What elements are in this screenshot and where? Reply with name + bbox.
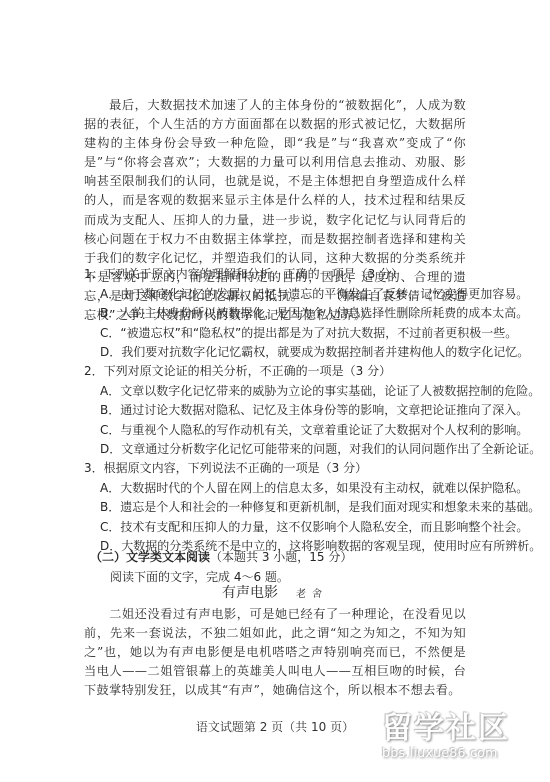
option-b: B．通过讨论大数据对隐私、记忆及主体身份等的影响，文章把论证推向了深入。 bbox=[84, 401, 474, 421]
option-a: A．文章以数字化记忆带来的威胁为立论的事实基础，论证了人被数据控制的危险。 bbox=[84, 382, 474, 402]
option-d: D．文章通过分析数字化记忆可能带来的问题，对我们的认同问题作出了全新论证。 bbox=[84, 440, 474, 460]
question-stem: 2．下列对原文论证的相关分析，不正确的一项是（3 分） bbox=[84, 362, 474, 382]
watermark-url: bbs.liuxue86.com bbox=[382, 745, 532, 761]
question-1: 1．下列关于原文内容的理解和分析，正确的一项是（3 分） A．由于数字化记忆的发… bbox=[84, 265, 474, 363]
question-stem: 3．根据原文内容，下列说法不正确的一项是（3 分） bbox=[84, 459, 474, 479]
option-c: C．与重视个人隐私的写作动机有关，文章着重论证了大数据对个人权利的影响。 bbox=[84, 421, 474, 441]
exam-page: 最后，大数据技术加速了人的主体身份的“被数据化”，人成为数据的表征，个人生活的方… bbox=[0, 0, 550, 782]
option-b: B．人的主体身份所以被数据化，是因为个人信息选择性删除所耗费的成本太高。 bbox=[84, 304, 474, 324]
section-note: （本题共 3 小题，15 分） bbox=[210, 550, 352, 564]
option-a: A．由于数字化记忆的发展，记忆与遗忘的平衡发生了反转，记忆变得更加容易。 bbox=[84, 285, 474, 305]
watermark-logo-text: 留学社区 bbox=[382, 713, 532, 745]
story-author: 老舍 bbox=[296, 589, 328, 600]
watermark: 留学社区 bbs.liuxue86.com bbox=[382, 713, 532, 773]
question-3: 3．根据原文内容，下列说法不正确的一项是（3 分） A．大数据时代的个人留在网上… bbox=[84, 459, 474, 557]
option-d: D．我们要对抗数字化记忆霸权，就要成为数据控制者并建构他人的数字化记忆。 bbox=[84, 343, 474, 363]
question-stem: 1．下列关于原文内容的理解和分析，正确的一项是（3 分） bbox=[84, 265, 474, 285]
option-a: A．大数据时代的个人留在网上的信息太多，如果没有主动权，就难以保护隐私。 bbox=[84, 479, 474, 499]
story-title-line: 有声电影老舍 bbox=[0, 582, 550, 602]
option-c: C．技术有支配和压抑人的力量，这不仅影响个人隐私安全，而且影响整个社会。 bbox=[84, 518, 474, 538]
story-text: 二姐还没看过有声电影，可是她已经有了一种理论，在没看见以前，先来一套说法，不独二… bbox=[84, 607, 466, 697]
section-heading: （二）文学类文本阅读（本题共 3 小题，15 分） bbox=[90, 548, 352, 565]
option-b: B．遗忘是个人和社会的一种修复和更新机制，是我们面对现实和想象未来的基础。 bbox=[84, 498, 474, 518]
question-2: 2．下列对原文论证的相关分析，不正确的一项是（3 分） A．文章以数字化记忆带来… bbox=[84, 362, 474, 460]
option-c: C．“被遗忘权”和“隐私权”的提出都是为了对抗大数据，不过前者更积极一些。 bbox=[84, 324, 474, 344]
story-paragraph: 二姐还没看过有声电影，可是她已经有了一种理论，在没看见以前，先来一套说法，不独二… bbox=[84, 605, 466, 700]
story-title: 有声电影 bbox=[222, 585, 278, 601]
section-title: （二）文学类文本阅读 bbox=[90, 550, 210, 564]
